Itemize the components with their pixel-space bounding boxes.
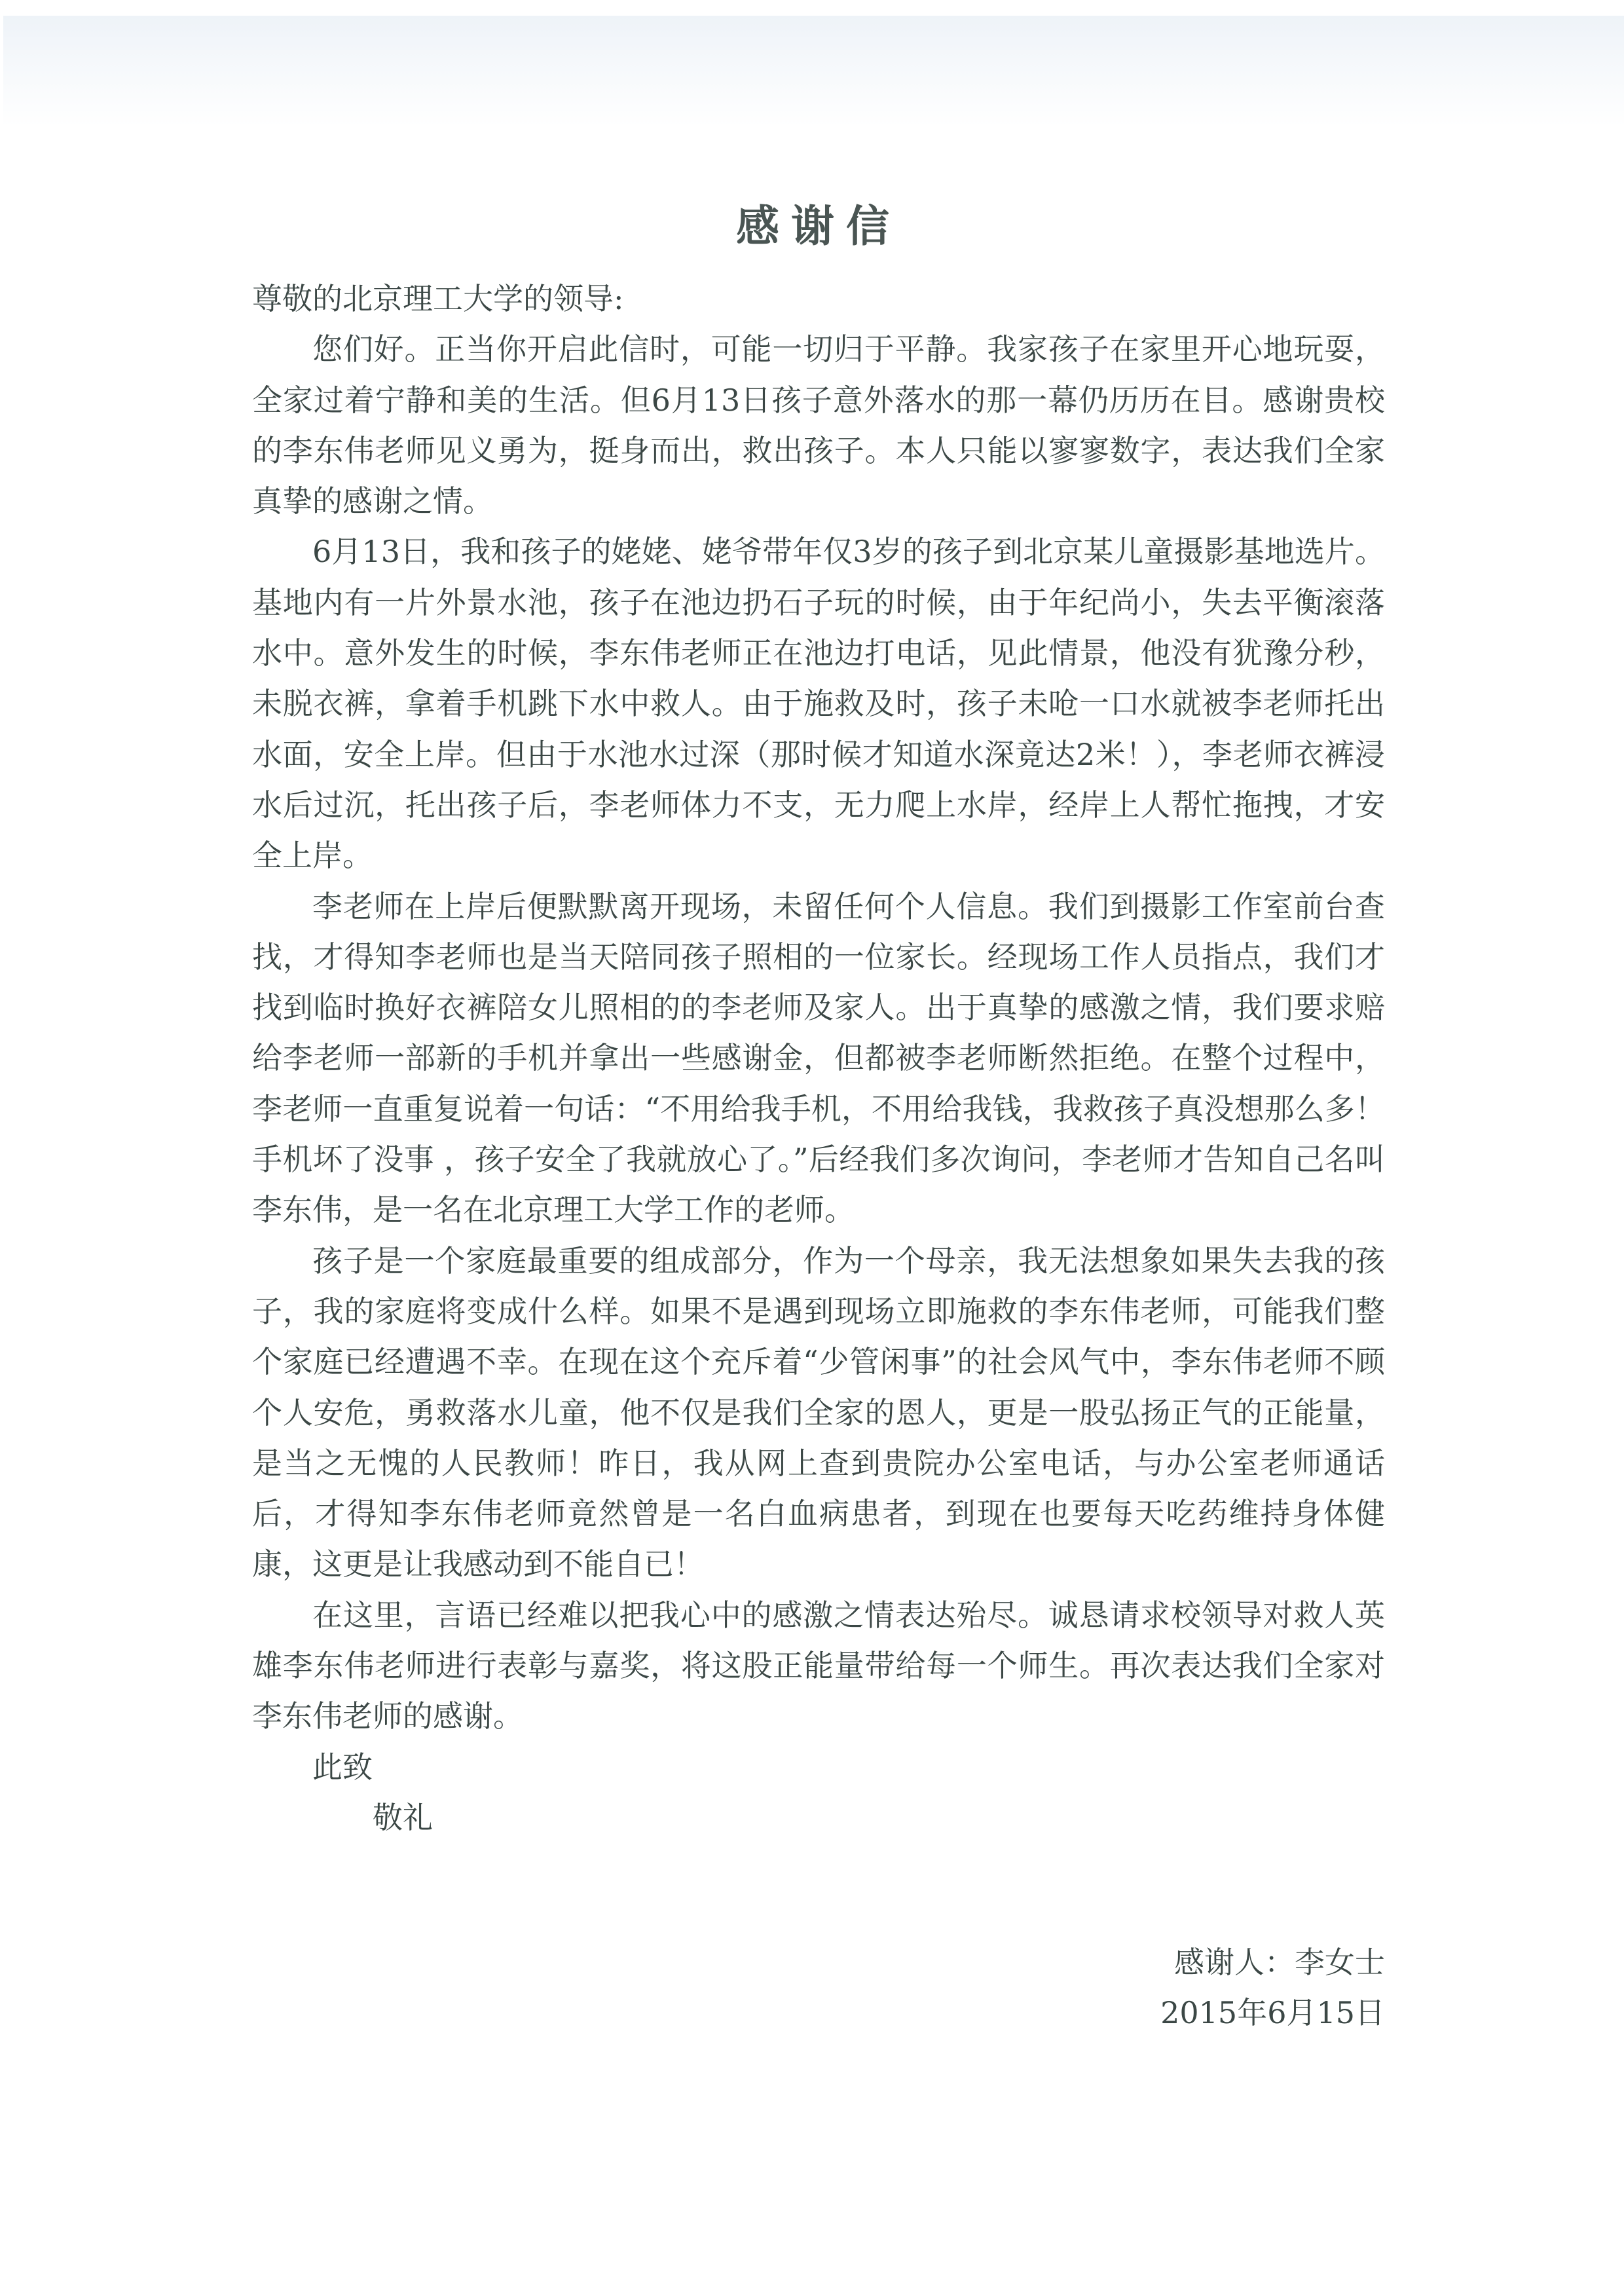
scan-edge-tint [3,16,1624,127]
closing-jingli: 敬礼 [252,1793,1385,1843]
paragraph-search: 李老师在上岸后便默默离开现场，未留任何个人信息。我们到摄影工作室前台查找，才得知… [252,882,1385,1236]
paragraph-gratitude: 孩子是一个家庭最重要的组成部分，作为一个母亲，我无法想象如果失去我的孩子，我的家… [252,1236,1385,1590]
signer-name: 感谢人：李女士 [1160,1937,1385,1988]
paragraph-greeting: 您们好。正当你开启此信时，可能一切归于平静。我家孩子在家里开心地玩耍，全家过着宁… [252,324,1385,527]
letter-title: 感谢信 [252,196,1385,255]
letter-date: 2015年6月15日 [1160,1988,1385,2038]
paragraph-request: 在这里，言语已经难以把我心中的感激之情表达殆尽。诚恳请求校领导对救人英雄李东伟老… [252,1590,1385,1742]
signature-block: 感谢人：李女士 2015年6月15日 [1160,1937,1385,2038]
salutation: 尊敬的北京理工大学的领导: [252,274,1385,324]
paragraph-incident: 6月13日，我和孩子的姥姥、姥爷带年仅3岁的孩子到北京某儿童摄影基地选片。基地内… [252,527,1385,881]
closing-cizhi: 此致 [252,1742,1385,1793]
letter-body: 尊敬的北京理工大学的领导: 您们好。正当你开启此信时，可能一切归于平静。我家孩子… [252,274,1385,1843]
